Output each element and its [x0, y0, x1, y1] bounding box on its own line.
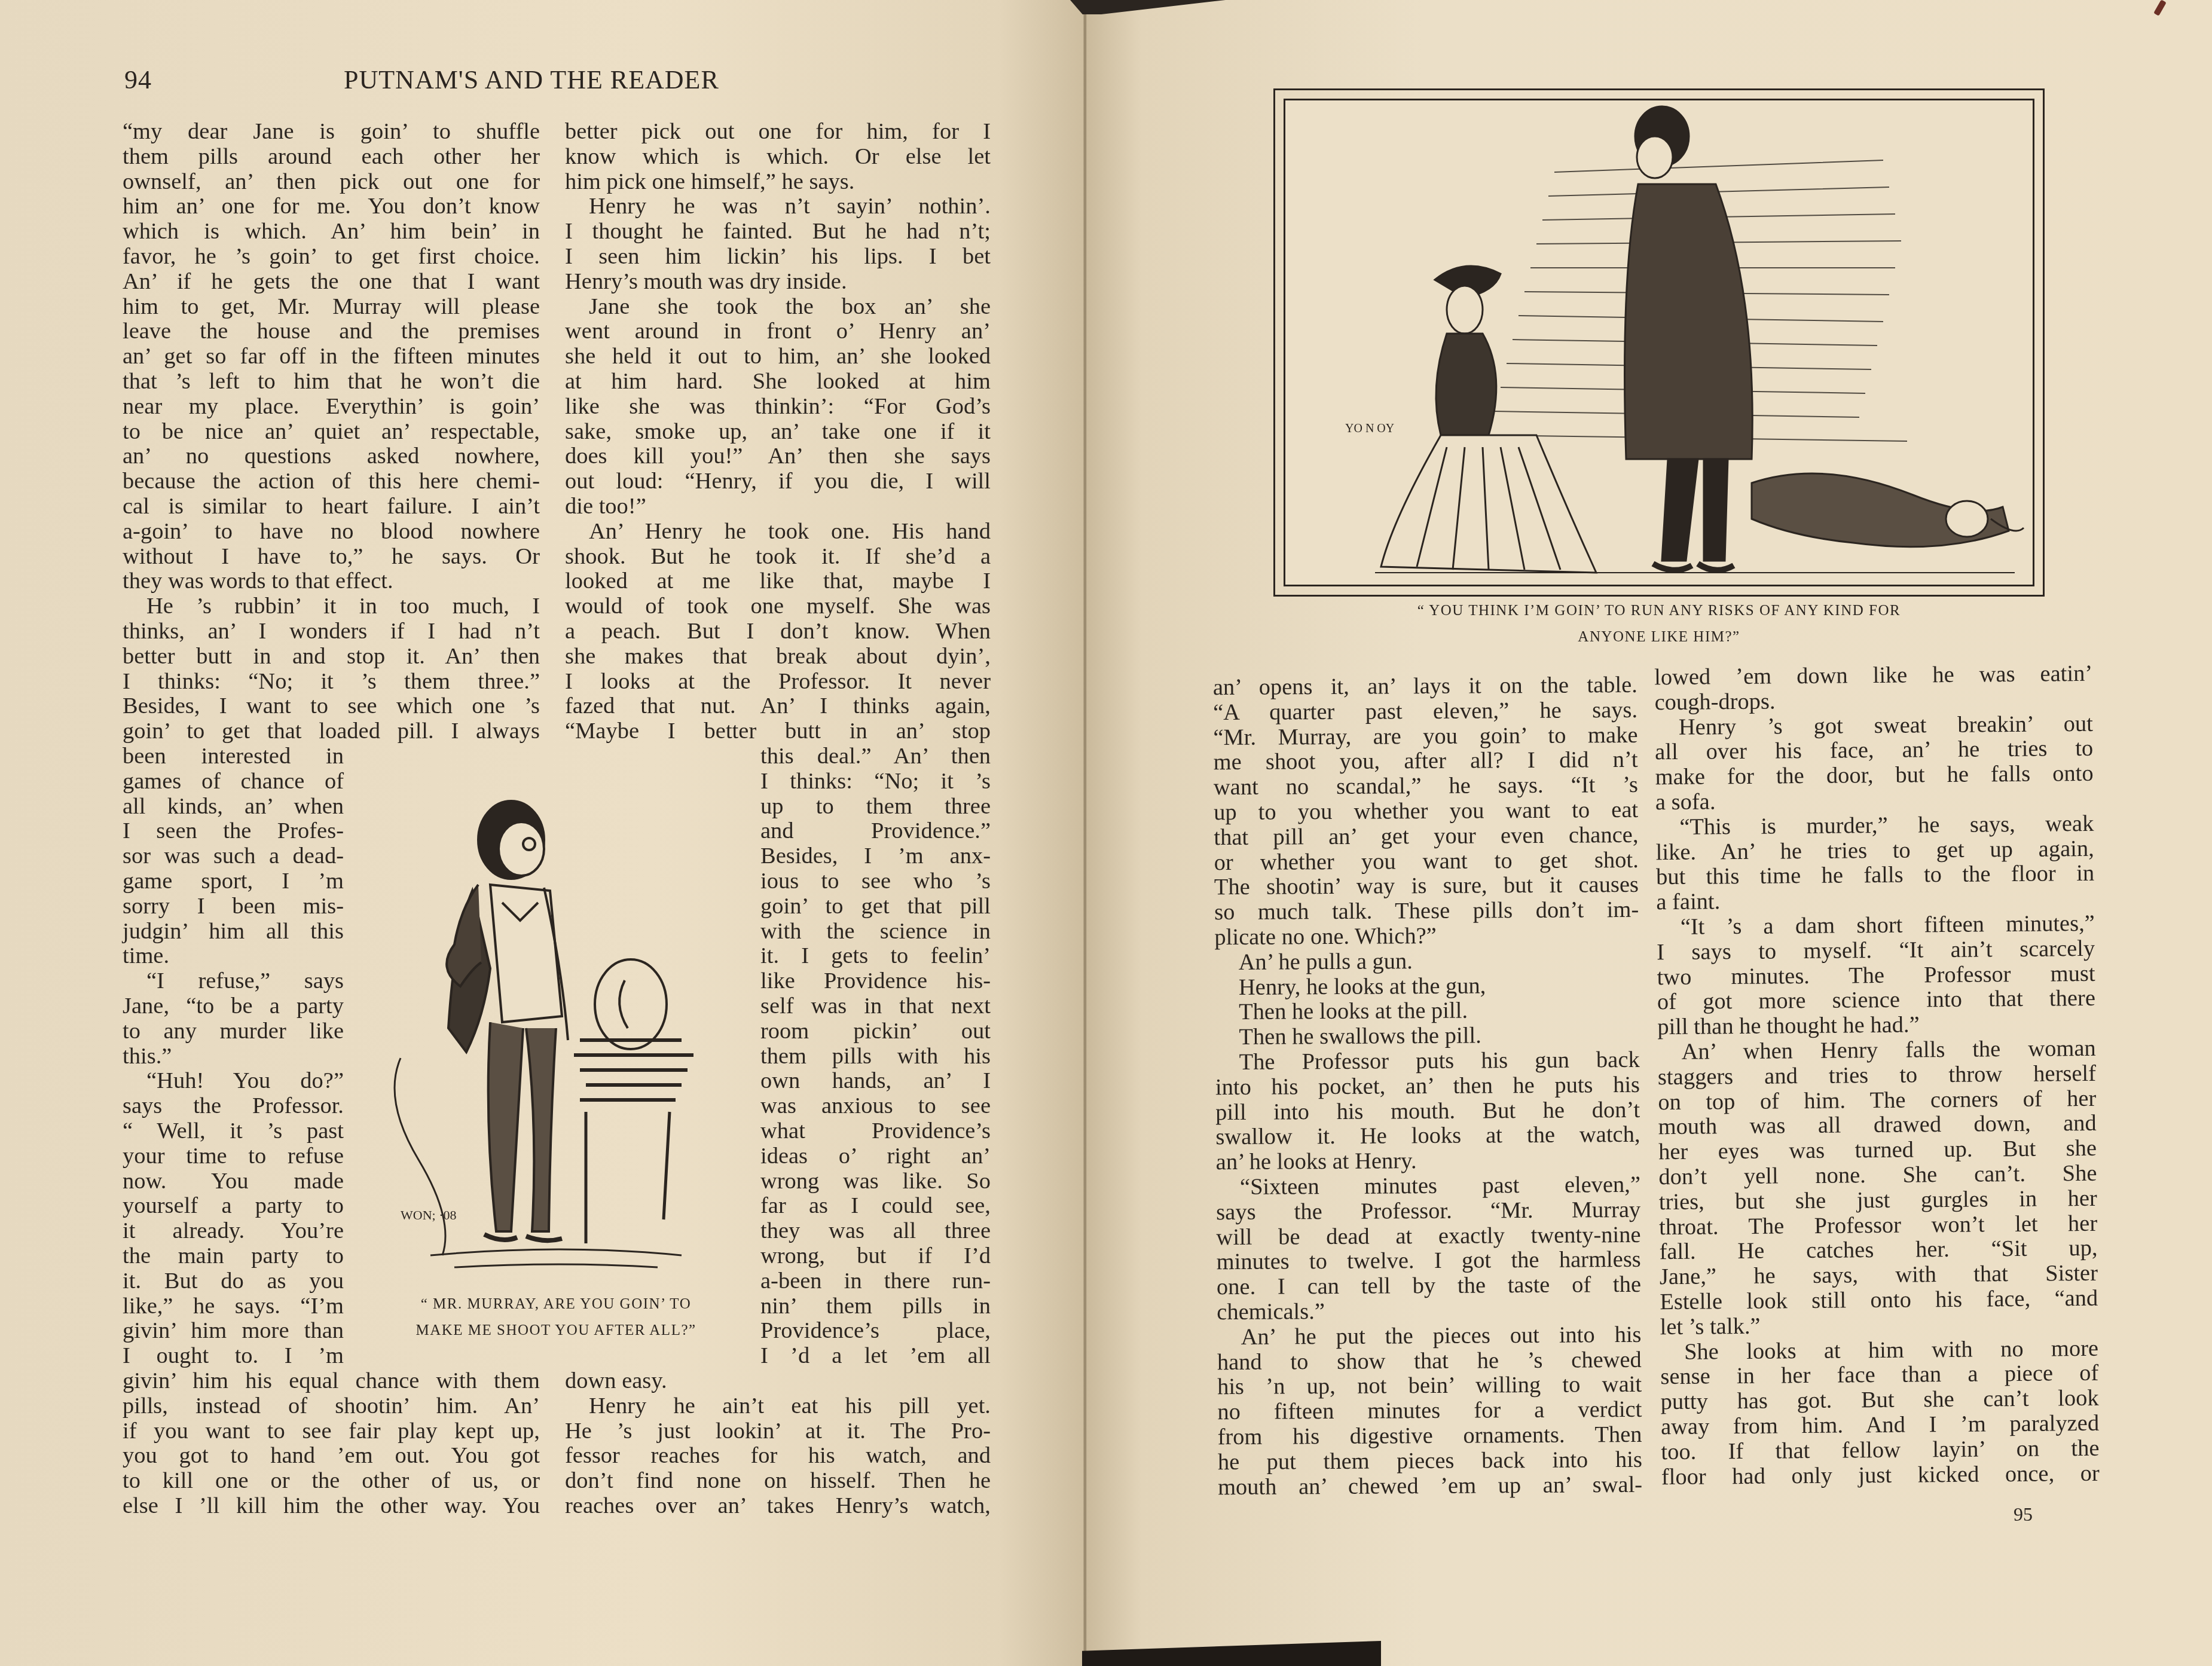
left-column-2-bottom: down easy.Henry he ain’t eat his pill ye… [565, 1369, 991, 1519]
text-line: Then he swallows the pill. [1215, 1023, 1639, 1050]
text-line: if you want to see fair play kept up, [123, 1419, 540, 1444]
text-line: I thought he fainted. But he had n’t; [565, 219, 991, 244]
text-line: from his digestive ornaments. Then [1217, 1423, 1642, 1450]
text-line: I ’d a let ’em all [760, 1344, 991, 1369]
text-line: no fifteen minutes for a verdict [1217, 1398, 1642, 1425]
text-line: an’ opens it, an’ lays it on the table. [1213, 673, 1637, 701]
text-line: fazed that nut. An’ I thinks again, [565, 694, 991, 719]
text-line: says the Professor. “Mr. Murray [1216, 1198, 1640, 1225]
text-line: else I ’ll kill him the other way. You [123, 1494, 540, 1519]
text-line: looked at me like that, maybe I [565, 569, 991, 594]
text-line: The shootin’ way is sure, but it causes [1214, 873, 1639, 900]
text-line: out loud: “Henry, if you die, I will [565, 469, 991, 494]
caption-scene-line1: “ You think I’m goin’ to run any risks o… [1255, 598, 2063, 624]
text-line: Besides, I ’m anx- [760, 844, 991, 869]
page-number-right: 95 [2014, 1503, 2033, 1526]
text-line: would of took one myself. She was [565, 594, 991, 619]
text-line: Henry, he looks at the gun, [1215, 973, 1639, 1000]
text-line: He ’s just lookin’ at it. The Pro- [565, 1419, 991, 1444]
text-line: that ’s left to him that he won’t die [123, 369, 540, 395]
text-line: I seen him lickin’ his lips. I bet [565, 244, 991, 270]
left-column-1-bottom: givin’ him his equal chance with thempil… [123, 1369, 540, 1519]
text-line: “my dear Jane is goin’ to shuffle [123, 120, 540, 145]
text-line: to be nice an’ quiet an’ respectable, [123, 420, 540, 445]
text-line: a peach. But I don’t know. When [565, 619, 991, 644]
left-column-2-wrap: this deal.” An’ thenI thinks: “No; it ’s… [760, 744, 991, 1369]
text-line: chemicals.” [1217, 1298, 1641, 1325]
text-line: it already. You’re [123, 1219, 344, 1244]
illustrator-signature: WON; ·08 [401, 1208, 456, 1222]
text-line: he put them pieces back into his [1218, 1448, 1642, 1475]
book-gutter [1083, 0, 1087, 1666]
text-line: let ’s talk.” [1660, 1312, 2098, 1340]
text-line: them pills with his [760, 1044, 991, 1069]
text-line: sor was such a dead- [123, 844, 344, 869]
text-line: them pills around each other her [123, 145, 540, 170]
text-line: Henry’s mouth was dry inside. [565, 270, 991, 295]
text-line: me shoot you, after all? I did n’t [1214, 748, 1638, 775]
text-line: better pick out one for him, for I [565, 120, 991, 145]
text-line: too. If that fellow layin’ on the [1661, 1436, 2099, 1465]
text-line: game sport, I ’m [123, 869, 344, 894]
text-line: “ Well, it ’s past [123, 1119, 344, 1144]
text-line: far as I could see, [760, 1194, 991, 1219]
text-line: Henry he was n’t sayin’ nothin’. [565, 194, 991, 219]
text-line: does kill you!” An’ then she says [565, 444, 991, 469]
text-line: down easy. [565, 1369, 991, 1394]
text-line: to any murder like [123, 1019, 344, 1044]
running-head: PUTNAM'S AND THE READER [344, 65, 719, 95]
text-line: better butt in and stop it. An’ then [123, 644, 540, 670]
text-line: a-been in there run- [760, 1269, 991, 1294]
text-line: cal is similar to heart failure. I ain’t [123, 494, 540, 519]
text-line: I says to myself. “It ain’t scarcely [1657, 937, 2095, 965]
text-line: An’ Henry he took one. His hand [565, 519, 991, 545]
illustration-frame: YO N OY [1273, 88, 2045, 597]
text-line: judgin’ him all this [123, 919, 344, 944]
text-line: they was words to that effect. [123, 569, 540, 594]
illustration-professor: WON; ·08 [383, 789, 717, 1279]
text-line: An’ he pulls a gun. [1215, 948, 1639, 976]
text-line: want no scandal,” he says. “It ’s [1214, 773, 1638, 800]
text-line: lowed ’em down like he was eatin’ [1654, 662, 2092, 690]
text-line: an’ no questions asked nowhere, [123, 444, 540, 469]
text-line: so much talk. These pills don’t im- [1214, 898, 1639, 925]
text-line: she makes that break about dyin’, [565, 644, 991, 670]
text-line: you got to hand ’em out. You got [123, 1444, 540, 1469]
text-line: leave the house and the premises [123, 319, 540, 344]
caption-professor-line2: make me shoot you after all?” [371, 1317, 741, 1344]
text-line: die too!” [565, 494, 991, 519]
text-line: up to you whether you want to eat [1214, 798, 1638, 826]
text-line: don’t yell none. She can’t. She [1658, 1161, 2097, 1190]
text-line: him an’ one for me. You don’t know [123, 194, 540, 219]
left-column-2-top: better pick out one for him, for Iknow w… [565, 120, 991, 744]
text-line: “It ’s a dam short fifteen minutes,” [1657, 912, 2095, 940]
text-line: reaches over an’ takes Henry’s watch, [565, 1494, 991, 1519]
text-line: I ought to. I ’m [123, 1344, 344, 1369]
text-line: into his pocket, an’ then he puts his [1215, 1073, 1640, 1101]
text-line: nin’ them pills in [760, 1294, 991, 1319]
text-line: tries, but she just gurgles in her [1659, 1187, 2097, 1215]
text-line: the main party to [123, 1244, 344, 1269]
text-line: without I have to,” he says. Or [123, 545, 540, 570]
text-line: like she was thinkin’: “For God’s [565, 395, 991, 420]
text-line: swallow it. He looks at the watch, [1215, 1123, 1640, 1150]
text-line: a-goin’ to have no blood nowhere [123, 519, 540, 545]
text-line: up to them three [760, 794, 991, 820]
text-line: “Sixteen minutes past eleven,” [1216, 1173, 1640, 1200]
text-line: shook. But he took it. If she’d a [565, 545, 991, 570]
text-line: fessor reaches for his watch, and [565, 1444, 991, 1469]
text-line: like Providence his- [760, 969, 991, 994]
text-line: his ’n up, not bein’ willing to wait [1217, 1372, 1642, 1400]
left-column-1-wrap: been interested ingames of chance ofall … [123, 744, 344, 1369]
text-line: “Maybe I better butt in an’ stop [565, 719, 991, 744]
right-column-1: an’ opens it, an’ lays it on the table.“… [1213, 673, 1642, 1500]
text-line: make for the door, but he falls onto [1655, 762, 2093, 790]
text-line: near my place. Everythin’ is goin’ [123, 395, 540, 420]
text-line: Estelle look still onto his face, “and [1660, 1286, 2098, 1315]
text-line: An’ he put the pieces out into his [1217, 1323, 1641, 1350]
page-number-left: 94 [124, 65, 152, 95]
text-line: to kill one or the other of us, or [123, 1469, 540, 1494]
left-column-1-top: “my dear Jane is goin’ to shufflethem pi… [123, 120, 540, 744]
text-line: “A quarter past eleven,” he says. [1213, 698, 1637, 726]
text-line: hand to show that he ’s chewed [1217, 1347, 1642, 1375]
text-line: been interested in [123, 744, 344, 769]
text-line: will be dead at exactly twenty-nine [1216, 1222, 1640, 1250]
text-line: your time to refuse [123, 1144, 344, 1169]
text-line: went around in front o’ Henry an’ [565, 319, 991, 344]
text-line: pill into his mouth. But he don’t [1215, 1098, 1640, 1125]
text-line: him to get, Mr. Murray will please [123, 295, 540, 320]
text-line: goin’ to get that loaded pill. I always [123, 719, 540, 744]
text-line: now. You made [123, 1169, 344, 1194]
text-line: this.” [123, 1044, 344, 1069]
text-line: because the action of this here chemi- [123, 469, 540, 494]
text-line: an’ he looks at Henry. [1216, 1148, 1640, 1175]
text-line: favor, he ’s goin’ to get first choice. [123, 244, 540, 270]
text-line: know which is which. Or else let [565, 145, 991, 170]
text-line: Providence’s place, [760, 1319, 991, 1344]
text-line: and Providence.” [760, 819, 991, 844]
text-line: minutes to twelve. I got the harmless [1217, 1248, 1641, 1275]
text-line: all kinds, an’ when [123, 794, 344, 820]
text-line: she held it out to him, an’ she looked [565, 344, 991, 369]
caption-professor-line1: “ Mr. Murray, are you goin’ to [371, 1291, 741, 1317]
text-line: or whether you want to get shot. [1214, 848, 1639, 875]
text-line: The Professor puts his gun back [1215, 1048, 1640, 1075]
text-line: him pick one himself,” he says. [565, 170, 991, 195]
text-line: ious to see who ’s [760, 869, 991, 894]
text-line: self was in that next [760, 994, 991, 1019]
text-line: games of chance of [123, 769, 344, 794]
text-line: givin’ him more than [123, 1319, 344, 1344]
text-line: it. I gets to feelin’ [760, 944, 991, 969]
text-line: an’ get so far off in the fifteen minute… [123, 344, 540, 369]
text-line: this deal.” An’ then [760, 744, 991, 769]
text-line: was anxious to see [760, 1094, 991, 1119]
text-line: room pickin’ out [760, 1019, 991, 1044]
text-line: givin’ him his equal chance with them [123, 1369, 540, 1394]
text-line: ideas o’ right an’ [760, 1144, 991, 1169]
text-line: wrong was like. So [760, 1169, 991, 1194]
text-line: floor had only just kicked once, or [1661, 1461, 2100, 1490]
text-line: Henry he ain’t eat his pill yet. [565, 1394, 991, 1419]
professor-drawing-icon: WON; ·08 [383, 789, 717, 1279]
text-line: “Huh! You do?” [123, 1069, 344, 1094]
text-line: “I refuse,” says [123, 969, 344, 994]
text-line: goin’ to get that pill [760, 894, 991, 919]
text-line: He ’s rubbin’ it in too much, I [123, 594, 540, 619]
text-line: own hands, an’ I [760, 1069, 991, 1094]
text-line: at him hard. She looked at him [565, 369, 991, 395]
text-line: of got more science into that there [1657, 986, 2095, 1015]
text-line: I thinks: “No; it ’s [760, 769, 991, 794]
text-line: which is which. An’ him bein’ in [123, 219, 540, 244]
text-line: like,” he says. “I’m [123, 1294, 344, 1319]
text-line: a sofa. [1655, 787, 2094, 815]
text-line: ownself, an’ then pick out one for [123, 170, 540, 195]
text-line: “This is murder,” he says, weak [1655, 812, 2094, 840]
text-line: don’t find none on hisself. Then he [565, 1469, 991, 1494]
text-line: thinks, an’ I wonders if I had n’t [123, 619, 540, 644]
text-line: time. [123, 944, 344, 969]
right-column-2: lowed ’em down like he was eatin’cough-d… [1654, 662, 2100, 1490]
illustrator-signature: YO N OY [1345, 422, 1394, 435]
text-line: they was all three [760, 1219, 991, 1244]
text-line: it. But do as you [123, 1269, 344, 1294]
text-line: one. I can tell by the taste of the [1217, 1273, 1641, 1300]
text-line: away from him. And I ’m paralyzed [1661, 1411, 2099, 1440]
text-line: staggers and tries to throw herself [1658, 1062, 2096, 1090]
text-line: plicate no one. Which?” [1214, 923, 1639, 950]
text-line: Besides, I want to see which one ’s [123, 694, 540, 719]
text-line: “Mr. Murray, are you goin’ to make [1213, 723, 1637, 750]
caption-scene-line2: anyone like him?” [1255, 624, 2063, 650]
text-line: Jane, “to be a party [123, 994, 344, 1019]
text-line: sorry I been mis- [123, 894, 344, 919]
text-line: mouth an’ chewed ’em up an’ swal- [1218, 1472, 1642, 1500]
text-line: An’ when Henry falls the woman [1657, 1037, 2095, 1065]
text-line: I looks at the Professor. It never [565, 670, 991, 695]
text-line: Jane she took the box an’ she [565, 295, 991, 320]
text-line: Then he looks at the pill. [1215, 998, 1639, 1025]
text-line: with the science in [760, 919, 991, 944]
text-line: says the Professor. [123, 1094, 344, 1119]
text-line: sake, smoke up, an’ take one if it [565, 420, 991, 445]
scene-drawing-icon: YO N OY [1285, 100, 2033, 585]
text-line: I seen the Profes- [123, 819, 344, 844]
text-line: what Providence’s [760, 1119, 991, 1144]
text-line: wrong, but if I’d [760, 1244, 991, 1269]
text-line: that pill an’ get your even chance, [1214, 823, 1638, 851]
text-line: pills, instead of shootin’ him. An’ [123, 1394, 540, 1419]
text-line: I thinks: “No; it ’s them three.” [123, 670, 540, 695]
text-line: An’ if he gets the one that I want [123, 270, 540, 295]
text-line: yourself a party to [123, 1194, 344, 1219]
text-line: cough-drops. [1654, 687, 2092, 716]
text-line: but this time he falls to the floor in [1656, 861, 2094, 890]
